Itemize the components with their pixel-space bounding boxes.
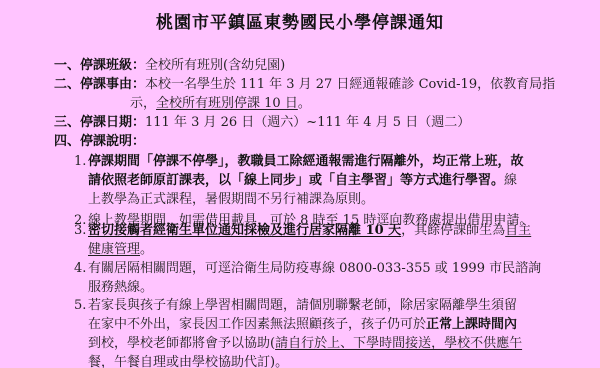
text: 在家中不外出，家長因工作因素無法照顧孩子，孩子仍可於 [88, 317, 426, 332]
section-suspension-reason-continued: 示，全校所有班別停課 10 日。 [130, 94, 311, 113]
document-title: 桃園市平鎮區東勢國民小學停課通知 [0, 8, 600, 33]
underlined-text: 請自行於上、下學時間接送，學校不供應午 [275, 336, 522, 351]
section-suspension-dates: 三、停課日期：111 年 3 月 26 日（週六）~111 年 4 月 5 日（… [54, 113, 470, 132]
item-body: 密切接觸者經衛生單位通知採檢及進行居家隔離 10 天，其餘停課師生為自主 健康管… [88, 221, 550, 259]
item-number: 4. [74, 259, 88, 278]
item-body: 停課期間「停課不停學」，教職員工除經通報需進行隔離外，均正常上班，故 請依照老師… [88, 152, 550, 209]
bold-text: 請依照老師原訂課表，以「線上同步」或「自主學習」等方式進行學習。 [88, 173, 504, 188]
item-line: 到校，學校老師都將會予以協助(請自行於上、下學時間接送，學校不供應午 [88, 334, 550, 353]
section-suspended-classes: 一、停課班級：全校所有班別(含幼兒園) [54, 56, 285, 75]
item-line: 有關居隔相關問題，可逕洽衛生局防疫專線 0800-033-355 或 1999 … [88, 259, 550, 278]
bold-text: 正常上課時間內 [426, 317, 517, 332]
item-line: 請依照老師原訂課表，以「線上同步」或「自主學習」等方式進行學習。線 [88, 171, 550, 190]
text: 示， [130, 96, 156, 111]
item-line: 餐，午餐自理或由學校協助代訂)。 [88, 353, 550, 368]
text: 到校，學校老師都將會予以協助( [88, 336, 275, 351]
section-label: 四、停課說明： [54, 134, 145, 149]
underlined-text: 餐，午餐自理或由學校協助代訂 [88, 355, 270, 368]
item-number: 5. [74, 296, 88, 315]
item-line: 上教學為正式課程，暑假期間不另行補課為原則。 [88, 190, 550, 209]
section-suspension-notes: 四、停課說明： [54, 132, 145, 151]
item-number: 1. [74, 152, 88, 171]
section-label: 三、停課日期： [54, 115, 145, 130]
section-text: 111 年 3 月 26 日（週六）~111 年 4 月 5 日（週二） [145, 115, 470, 130]
bold-underlined-text: 密切接觸者經衛生單位通知採檢及進行居家隔離 10 天 [88, 223, 401, 238]
text: 線 [504, 173, 517, 188]
item-line: 停課期間「停課不停學」，教職員工除經通報需進行隔離外，均正常上班，故 [88, 152, 550, 171]
item-line: 健康管理。 [88, 240, 550, 259]
section-label: 二、停課事由： [54, 77, 145, 92]
section-text: 全校所有班別(含幼兒園) [145, 58, 285, 73]
underlined-text: 全校所有班別停課 10 日 [156, 96, 298, 111]
item-body: 有關居隔相關問題，可逕洽衛生局防疫專線 0800-033-355 或 1999 … [88, 259, 550, 297]
text: 。 [298, 96, 311, 111]
item-line: 若家長與孩子有線上學習相關問題，請個別聯繫老師，除居家隔離學生須留 [88, 296, 550, 315]
item-line: 服務熱線。 [88, 278, 550, 297]
underlined-text: 自主 [505, 223, 531, 238]
text: ，其餘停課師生為 [401, 223, 505, 238]
item-line: 密切接觸者經衛生單位通知採檢及進行居家隔離 10 天，其餘停課師生為自主 [88, 221, 550, 240]
text: 。 [140, 242, 153, 257]
item-body: 若家長與孩子有線上學習相關問題，請個別聯繫老師，除居家隔離學生須留 在家中不外出… [88, 296, 550, 368]
item-line: 在家中不外出，家長因工作因素無法照顧孩子，孩子仍可於正常上課時間內 [88, 315, 550, 334]
section-label: 一、停課班級： [54, 58, 145, 73]
item-number: 3. [74, 221, 88, 240]
text: )。 [270, 355, 288, 368]
notice-document: 桃園市平鎮區東勢國民小學停課通知 一、停課班級：全校所有班別(含幼兒園) 二、停… [0, 0, 600, 368]
section-suspension-reason: 二、停課事由：本校一名學生於 111 年 3 月 27 日經通報確診 Covid… [54, 75, 555, 94]
section-text: 本校一名學生於 111 年 3 月 27 日經通報確診 Covid-19，依教育… [145, 77, 555, 92]
underlined-text: 健康管理 [88, 242, 140, 257]
